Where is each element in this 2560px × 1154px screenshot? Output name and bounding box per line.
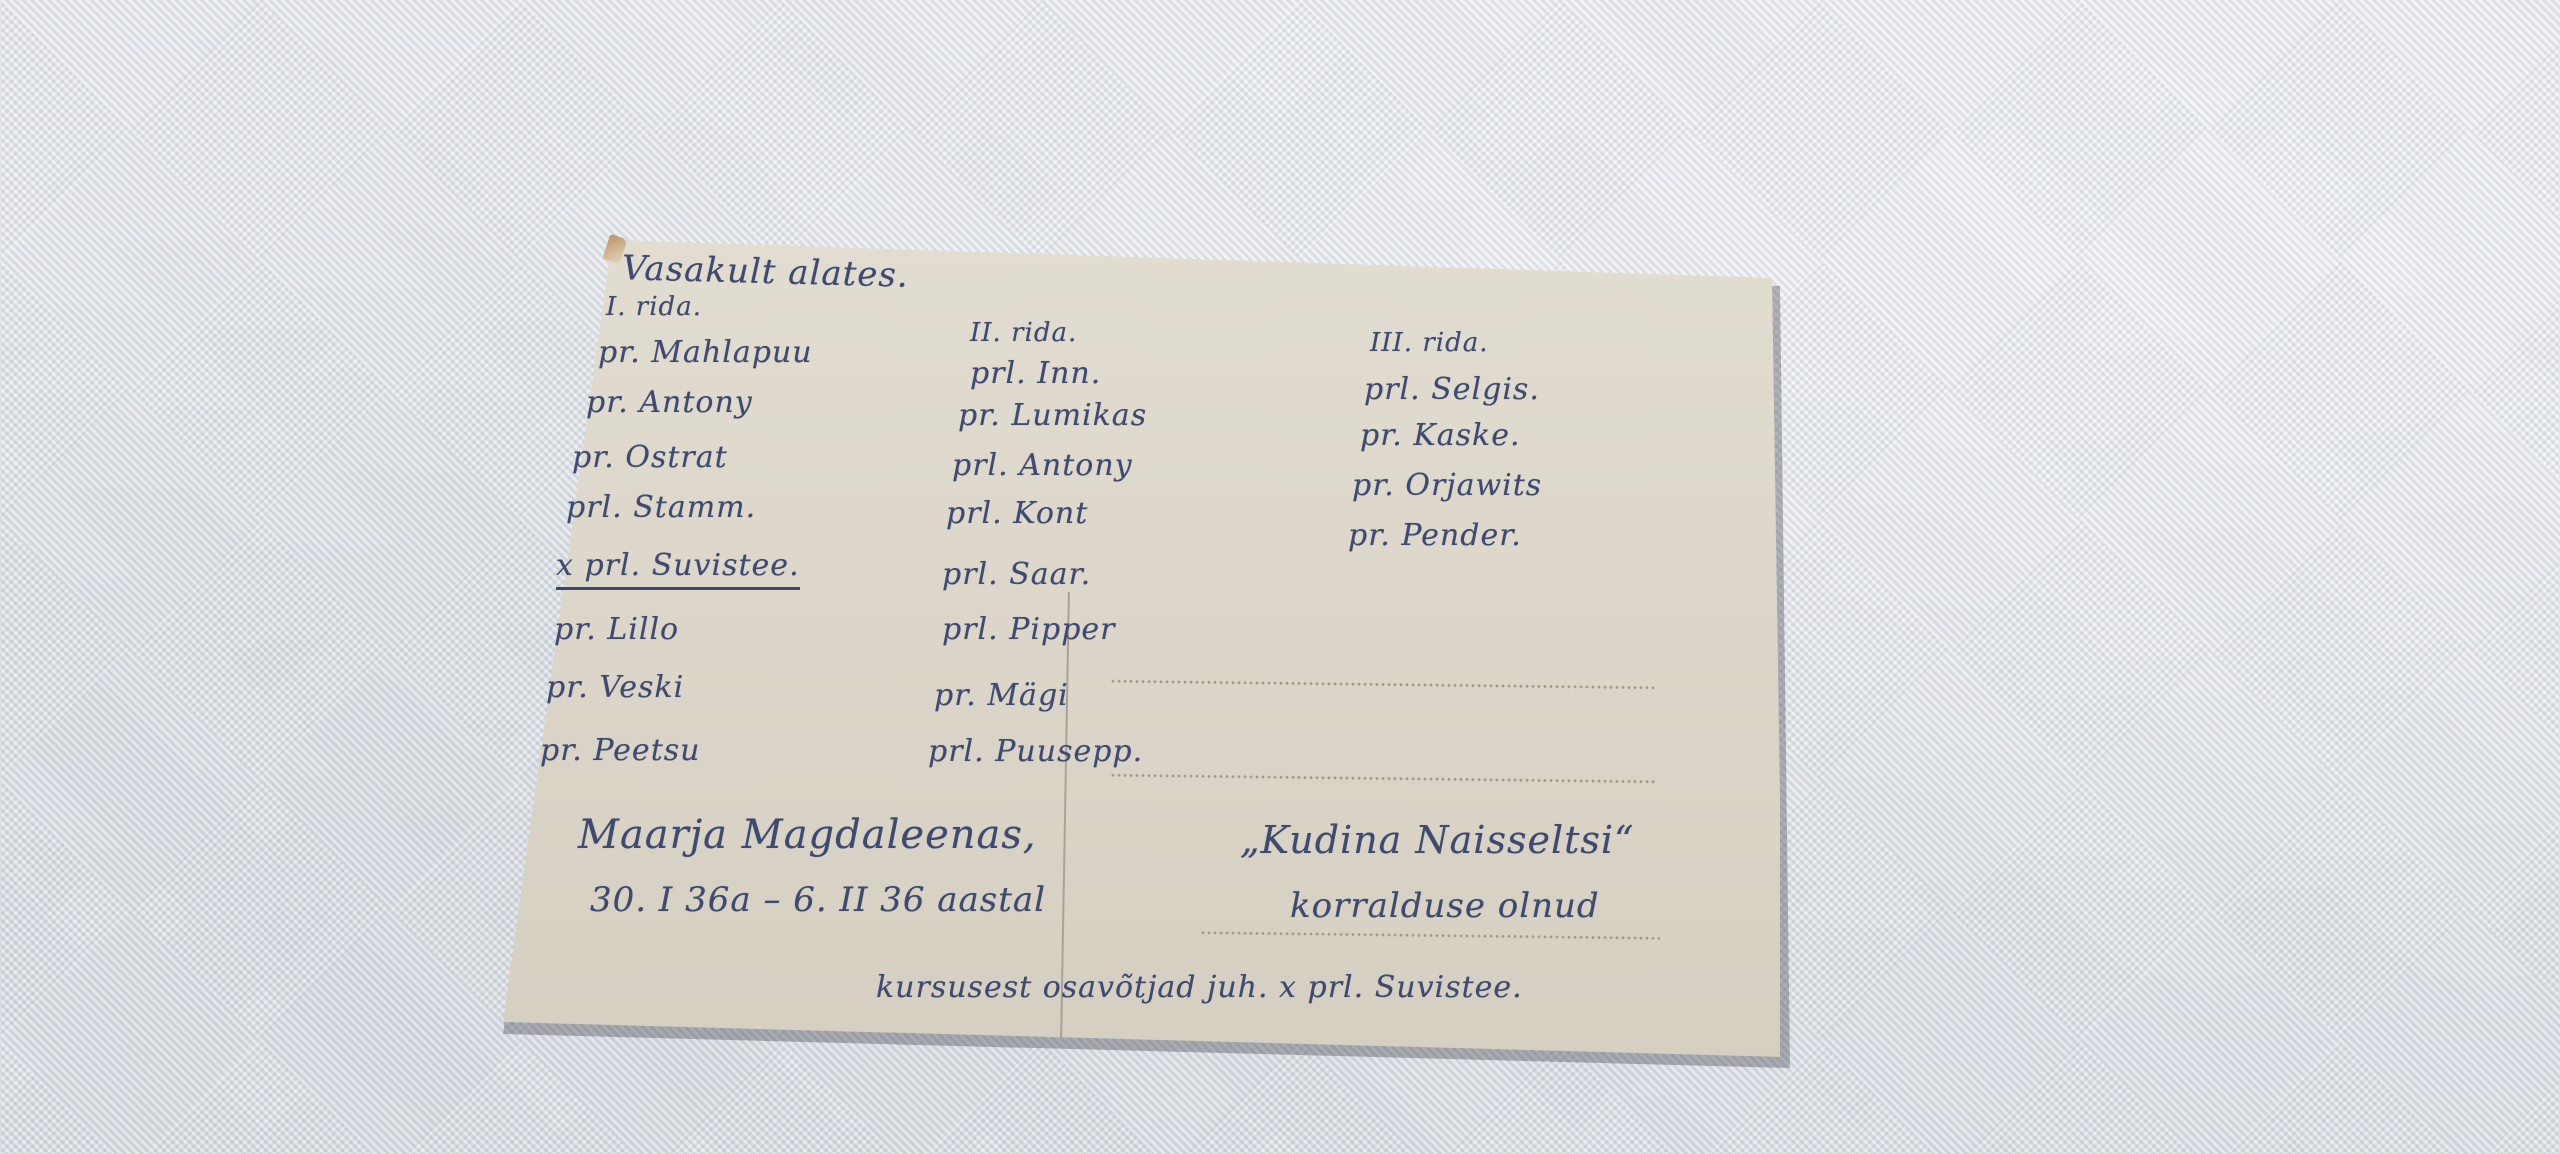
entry-name: Kont <box>1013 496 1088 531</box>
entry-name: Antony <box>1019 448 1132 483</box>
footer-line-2-right: korralduse olnud <box>1290 886 1600 926</box>
entry-name: Orjawits <box>1405 468 1542 503</box>
list-item: pr. Orjawits <box>1352 468 1542 503</box>
entry-prefix: x prl. <box>556 548 641 583</box>
list-item: pr. Lumikas <box>958 398 1147 433</box>
list-item: prl. Saar. <box>942 557 1091 592</box>
entry-prefix: pr. <box>540 733 583 768</box>
list-item: prl. Selgis. <box>1364 372 1540 407</box>
list-item: prl. Inn. <box>970 356 1101 391</box>
entry-name: Mägi <box>987 678 1068 713</box>
entry-prefix: prl. <box>928 734 985 769</box>
list-item: pr. Veski <box>546 670 684 705</box>
entry-prefix: prl. <box>952 448 1009 483</box>
photo-background-tablecloth: { "photo": { "subject": "Back of an old … <box>0 0 2560 1154</box>
footer-line-2-left: 30. I 36a – 6. II 36 aastal <box>590 880 1046 920</box>
entry-prefix: prl. <box>970 356 1027 391</box>
column-2-title: II. rida. <box>970 318 1077 348</box>
entry-prefix: pr. <box>546 670 589 705</box>
entry-name: Stamm. <box>633 490 756 525</box>
list-item: prl. Pipper <box>942 612 1116 647</box>
entry-name: Pender. <box>1401 518 1521 553</box>
entry-prefix: pr. <box>572 440 615 475</box>
entry-name: Kaske. <box>1413 418 1520 453</box>
entry-name: Selgis. <box>1431 372 1540 407</box>
entry-prefix: prl. <box>942 557 999 592</box>
entry-name: Inn. <box>1037 356 1101 391</box>
entry-prefix: pr. <box>934 678 977 713</box>
entry-name: Lumikas <box>1011 398 1147 433</box>
list-item: prl. Antony <box>952 448 1133 483</box>
list-item: pr. Mägi <box>934 678 1069 713</box>
entry-prefix: pr. <box>1348 518 1391 553</box>
entry-prefix: pr. <box>598 335 641 370</box>
entry-name: Suvistee. <box>652 548 800 583</box>
list-item: pr. Peetsu <box>540 733 700 768</box>
list-item: pr. Mahlapuu <box>598 335 813 370</box>
entry-prefix: prl. <box>1364 372 1421 407</box>
entry-name: Ostrat <box>625 440 727 475</box>
entry-prefix: pr. <box>1360 418 1403 453</box>
list-item: pr. Kaske. <box>1360 418 1521 453</box>
entry-name: Lillo <box>607 612 679 647</box>
entry-name: Antony <box>639 385 752 420</box>
list-item: pr. Lillo <box>554 612 679 647</box>
entry-name: Saar. <box>1009 557 1091 592</box>
list-item: prl. Puusepp. <box>928 734 1143 769</box>
list-item: prl. Stamm. <box>566 490 756 525</box>
entry-name: Peetsu <box>593 733 700 768</box>
entry-prefix: prl. <box>566 490 623 525</box>
entry-name: Veski <box>599 670 684 705</box>
list-item: pr. Antony <box>586 385 753 420</box>
list-item-leader: x prl. Suvistee. <box>556 548 800 590</box>
entry-name: Puusepp. <box>995 734 1143 769</box>
column-1-title: I. rida. <box>606 292 702 322</box>
entry-prefix: pr. <box>586 385 629 420</box>
entry-prefix: pr. <box>1352 468 1395 503</box>
entry-name: Pipper <box>1009 612 1115 647</box>
footer-line-1-right: „Kudina Naisseltsi“ <box>1240 818 1634 862</box>
list-item: prl. Kont <box>946 496 1088 531</box>
heading-vasakult-alates: Vasakult alates. <box>622 248 910 295</box>
entry-prefix: pr. <box>554 612 597 647</box>
entry-prefix: prl. <box>946 496 1003 531</box>
list-item: pr. Ostrat <box>572 440 728 475</box>
entry-name: Mahlapuu <box>651 335 812 370</box>
column-3-title: III. rida. <box>1370 328 1489 358</box>
footer-line-3: kursusest osavõtjad juh. x prl. Suvistee… <box>876 970 1523 1005</box>
entry-prefix: prl. <box>942 612 999 647</box>
list-item: pr. Pender. <box>1348 518 1522 553</box>
footer-line-1-left: Maarja Magdaleenas, <box>578 812 1037 858</box>
entry-prefix: pr. <box>958 398 1001 433</box>
